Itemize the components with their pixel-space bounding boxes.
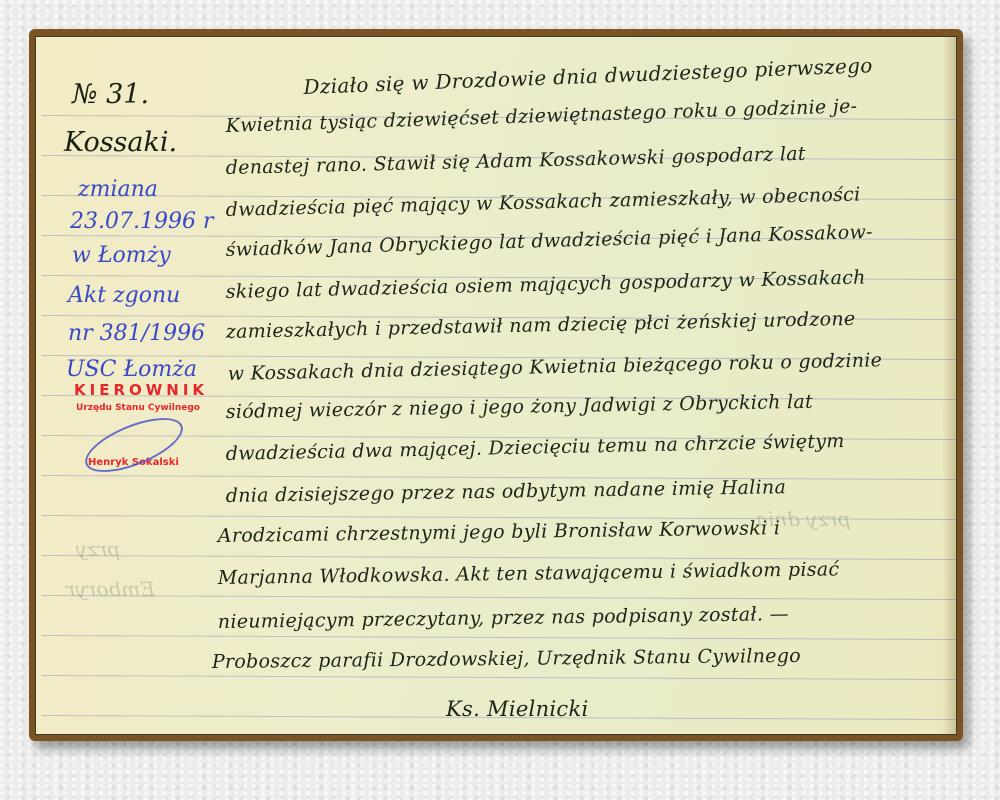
annotation-line: 23.07.1996 r [70, 209, 213, 234]
body-line: dnia dzisiejszego przez nas odbytym nada… [226, 476, 787, 507]
annotation-line: w Łomży [72, 243, 171, 268]
body-line: Arodzicami chrzestnymi jego byli Bronisł… [218, 517, 781, 547]
body-line: Proboszcz parafii Drozdowskiej, Urzędnik… [212, 645, 801, 673]
body-line: Kwietnia tysiąc dziewięćset dziewiętnast… [225, 95, 857, 137]
annotation-line: zmiana [78, 177, 158, 202]
annotation-line: Akt zgonu [68, 283, 180, 308]
official-signature [78, 407, 189, 483]
body-line: dwadzieścia pięć mający w Kossakach zami… [225, 183, 860, 221]
record-number: № 31. [72, 79, 149, 110]
body-line: denastej rano. Stawił się Adam Kossakows… [225, 143, 806, 179]
bleed-through-text: Emboryr [66, 577, 155, 601]
annotation-line: nr 381/1996 [68, 321, 205, 346]
ruled-line [42, 595, 956, 600]
ruled-line [42, 635, 956, 640]
village-name: Kossaki. [64, 127, 177, 158]
stamp-subtitle: Urzędu Stanu Cywilnego [76, 403, 200, 413]
body-line: świadków Jana Obryckiego lat dwadzieścia… [225, 221, 873, 261]
body-line: Marjanna Włodkowska. Akt ten stawającemu… [218, 558, 840, 589]
document-page: przy Emboryr przy dnia № 31. Kossaki. zm… [35, 36, 957, 735]
body-line: skiego lat dwadzieścia osiem mających go… [226, 266, 866, 303]
annotation-line: USC Łomża [66, 357, 197, 382]
body-line: nieumiejącym przeczytany, przez nas podp… [218, 603, 789, 633]
ruled-line [42, 475, 956, 480]
priest-signature: Ks. Mielnicki [446, 697, 589, 721]
ruled-line [42, 675, 956, 680]
body-line: w Kossakach dnia dziesiątego Kwietnia bi… [228, 349, 883, 385]
body-line: Działo się w Drozdowie dnia dwudziestego… [303, 53, 873, 99]
body-line: zamieszkałych i przedstawił nam dziecię … [226, 308, 856, 343]
bleed-through-text: przy [76, 537, 120, 561]
stamp-title: KIEROWNIK [74, 381, 208, 399]
